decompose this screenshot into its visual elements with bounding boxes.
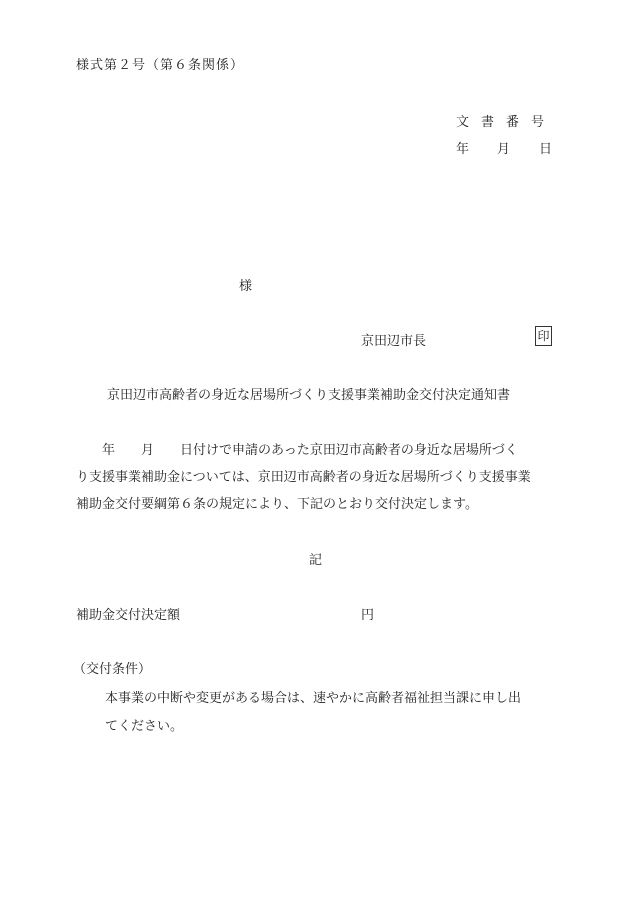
document-title: 京田辺市高齢者の身近な居場所づくり支援事業補助金交付決定通知書 [107, 384, 510, 403]
document-number-label: 文書番号 [456, 111, 544, 130]
grant-amount-label: 補助金交付決定額 [76, 604, 180, 623]
date-day: 日 [539, 138, 552, 157]
conditions-line: 本事業の中断や変更がある場合は、速やかに高齢者福祉担当課に申し出 [105, 685, 560, 713]
body-paragraph: 年 月 日付けで申請のあった京田辺市高齢者の身近な居場所づく り支援事業補助金に… [76, 437, 558, 518]
date-label: 年月日 [456, 138, 552, 157]
body-line: 年 月 日付けで申請のあった京田辺市高齢者の身近な居場所づく [76, 437, 558, 464]
recipient-honorific: 様 [239, 275, 252, 294]
date-year: 年 [456, 138, 497, 157]
conditions-heading: （交付条件） [73, 658, 151, 677]
seal-mark: 印 [535, 326, 552, 346]
conditions-body: 本事業の中断や変更がある場合は、速やかに高齢者福祉担当課に申し出 てください。 [105, 685, 560, 741]
document-number-char: 文 [456, 111, 481, 130]
ki-heading: 記 [309, 549, 322, 568]
document-number-char: 号 [531, 111, 544, 130]
document-number-char: 番 [506, 111, 531, 130]
date-month: 月 [497, 138, 539, 157]
document-number-char: 書 [481, 111, 506, 130]
conditions-line: てください。 [105, 713, 560, 741]
form-number: 様式第２号（第６条関係） [76, 54, 244, 73]
issuer-name: 京田辺市長 [361, 330, 426, 349]
body-line: り支援事業補助金については、京田辺市高齢者の身近な居場所づくり支援事業 [76, 464, 558, 491]
body-line: 補助金交付要綱第６条の規定により、下記のとおり交付決定します。 [76, 491, 558, 518]
grant-amount-unit: 円 [361, 604, 374, 623]
